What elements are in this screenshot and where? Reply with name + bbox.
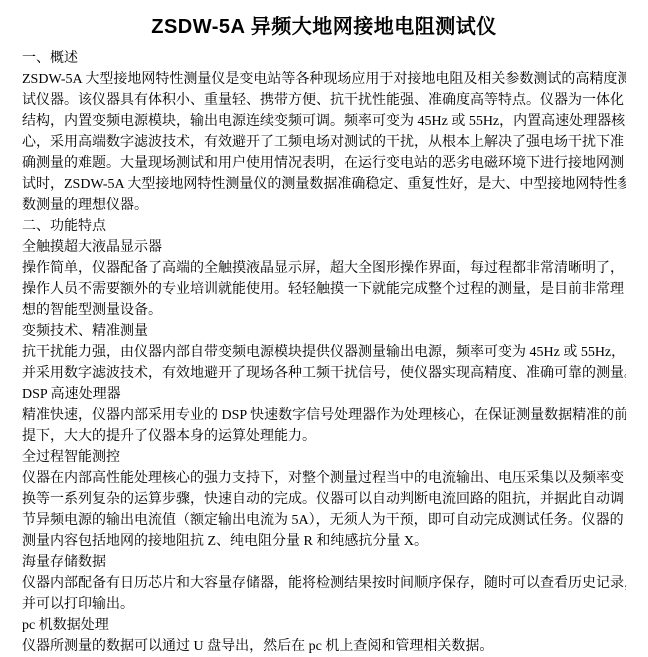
- feature-subheading: pc 机数据处理: [22, 615, 626, 636]
- document-page: ZSDW-5A 异频大地网接地电阻测试仪 一、概述 ZSDW-5A 大型接地网特…: [0, 0, 648, 657]
- text-line: 抗干扰能力强，由仪器内部自带变频电源模块提供仪器测量输出电源，频率可变为 45H…: [22, 342, 626, 363]
- text-line: 仪器在内部高性能处理核心的强力支持下，对整个测量过程当中的电流输出、电压采集以及…: [22, 468, 626, 489]
- feature-subheading: 变频技术、精准测量: [22, 321, 626, 342]
- feature-subheading: DSP 高速处理器: [22, 384, 626, 405]
- text-line: 确测量的难题。大量现场测试和用户使用情况表明，在运行变电站的恶劣电磁环境下进行接…: [22, 153, 626, 174]
- text-line: 心，采用高端数字滤波技术，有效避开了工频电场对测试的干扰，从根本上解决了强电场干…: [22, 132, 626, 153]
- text-line: 并可以打印输出。: [22, 594, 626, 615]
- section-heading: 二、功能特点: [22, 216, 626, 237]
- text-line: 提下，大大的提升了仪器本身的运算处理能力。: [22, 426, 626, 447]
- text-line: 操作简单，仪器配备了高端的全触摸液晶显示屏，超大全图形操作界面，每过程都非常清晰…: [22, 258, 626, 279]
- text-line: 换等一系列复杂的运算步骤，快速自动的完成。仪器可以自动判断电流回路的阻抗，并据此…: [22, 489, 626, 510]
- section-heading: 一、概述: [22, 48, 626, 69]
- text-line: 操作人员不需要额外的专业培训就能使用。轻轻触摸一下就能完成整个过程的测量，是目前…: [22, 279, 626, 300]
- text-line: 并采用数字滤波技术，有效地避开了现场各种工频干扰信号，使仪器实现高精度、准确可靠…: [22, 363, 626, 384]
- text-line: 试时，ZSDW-5A 大型接地网特性测量仪的测量数据准确稳定、重复性好，是大、中…: [22, 174, 626, 195]
- text-line: 想的智能型测量设备。: [22, 300, 626, 321]
- feature-subheading: 全过程智能测控: [22, 447, 626, 468]
- text-line: 测量内容包括地网的接地阻抗 Z、纯电阻分量 R 和纯感抗分量 X。: [22, 531, 626, 552]
- text-line: 精准快速，仪器内部采用专业的 DSP 快速数字信号处理器作为处理核心，在保证测量…: [22, 405, 626, 426]
- text-line: 仪器所测量的数据可以通过 U 盘导出，然后在 pc 机上查阅和管理相关数据。: [22, 636, 626, 657]
- feature-subheading: 海量存储数据: [22, 552, 626, 573]
- text-line: 结构，内置变频电源模块，输出电源连续变频可调。频率可变为 45Hz 或 55Hz…: [22, 111, 626, 132]
- text-line: ZSDW-5A 大型接地网特性测量仪是变电站等各种现场应用于对接地电阻及相关参数…: [22, 69, 626, 90]
- text-line: 试仪器。该仪器具有体积小、重量轻、携带方便、抗干扰性能强、准确度高等特点。仪器为…: [22, 90, 626, 111]
- text-line: 数测量的理想仪器。: [22, 195, 626, 216]
- text-line: 仪器内部配备有日历芯片和大容量存储器，能将检测结果按时间顺序保存，随时可以查看历…: [22, 573, 626, 594]
- page-title: ZSDW-5A 异频大地网接地电阻测试仪: [22, 12, 626, 42]
- text-line: 节异频电源的输出电流值（额定输出电流为 5A），无须人为干预，即可自动完成测试任…: [22, 510, 626, 531]
- feature-subheading: 全触摸超大液晶显示器: [22, 237, 626, 258]
